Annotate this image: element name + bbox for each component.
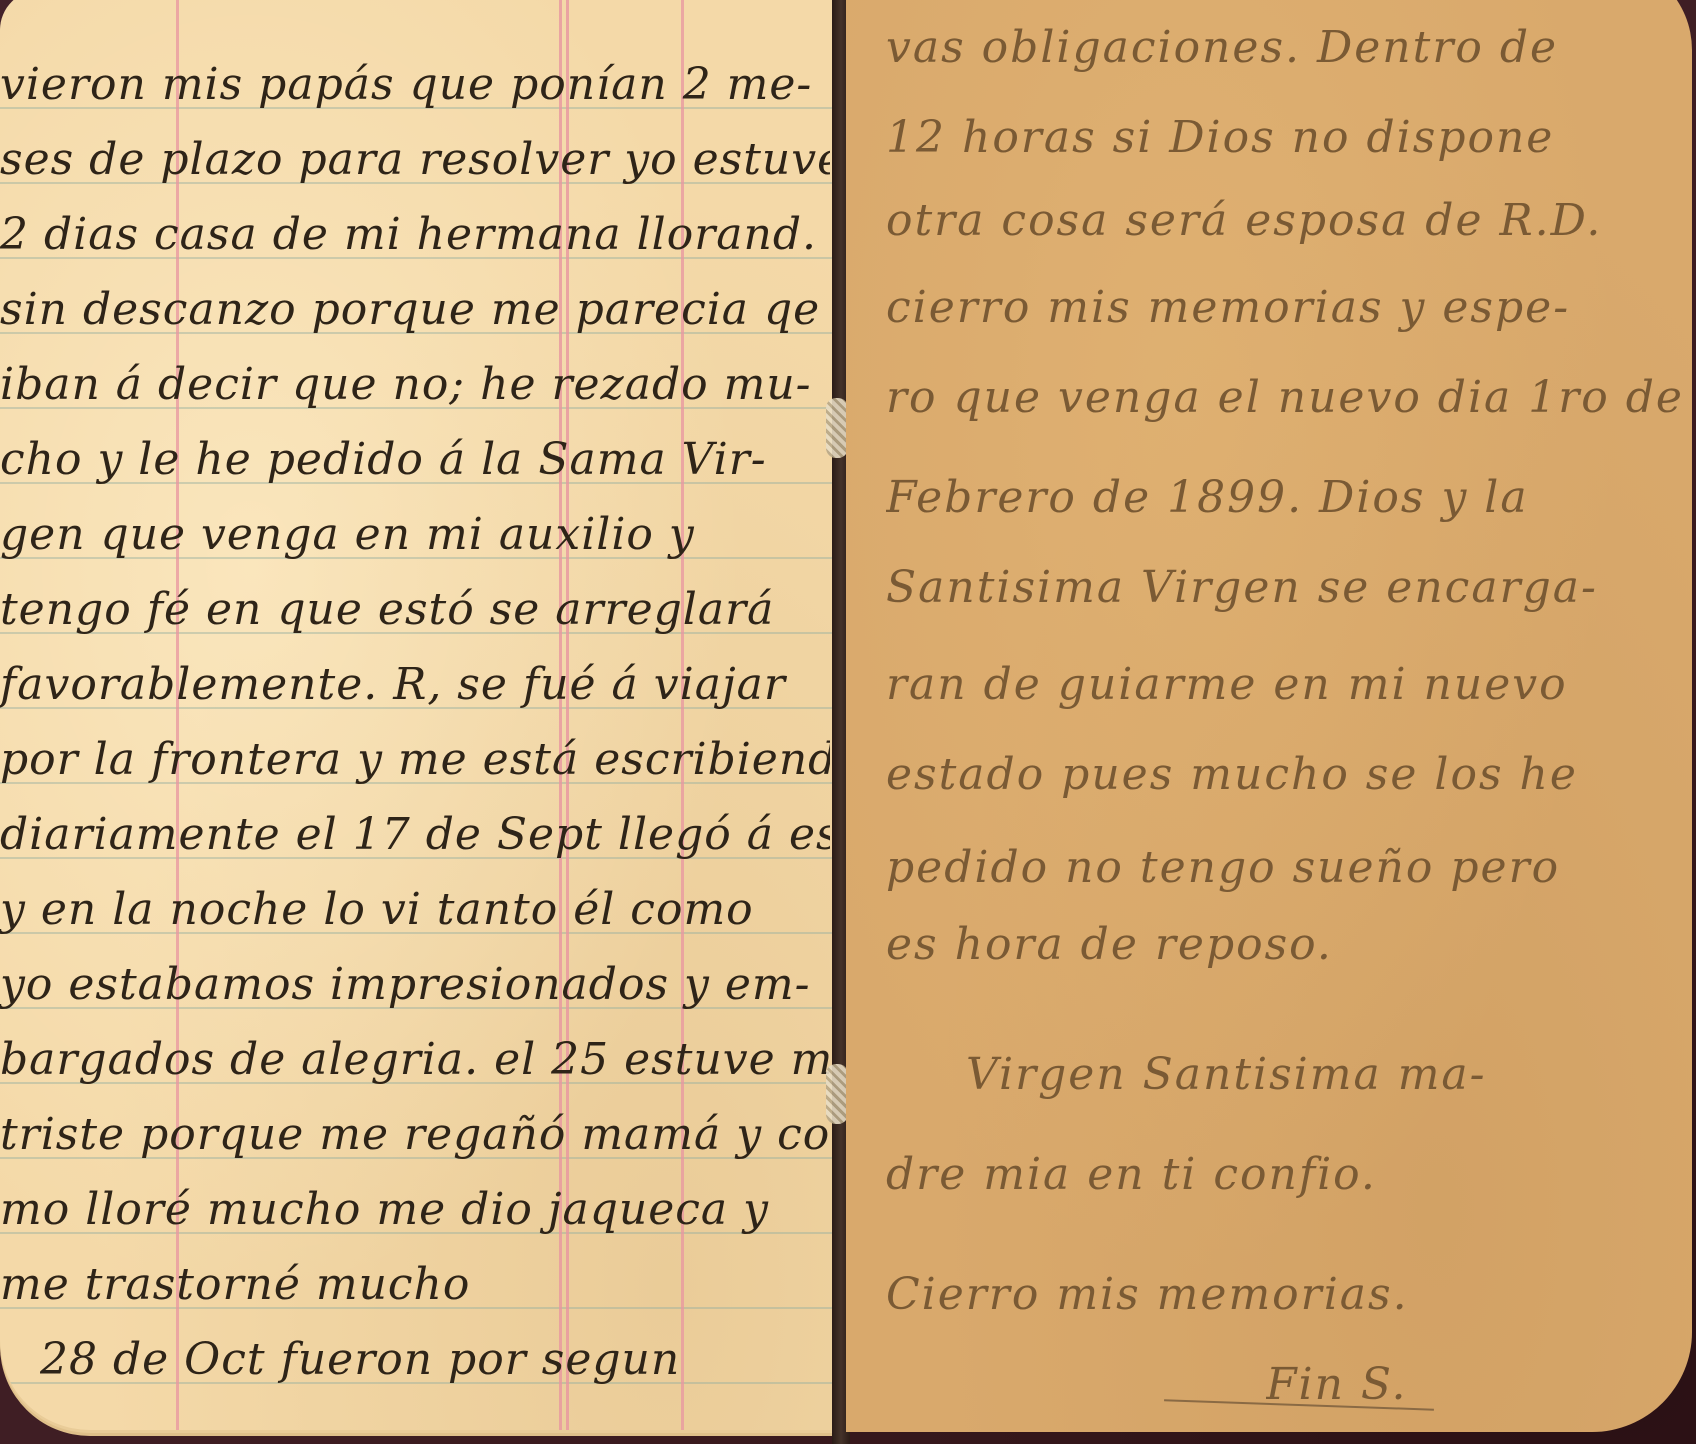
handwritten-line: 2 dias casa de mi hermana llorand. xyxy=(0,210,830,260)
handwritten-line: favorablemente. R, se fué á viajar xyxy=(0,660,830,710)
handwritten-line: Febrero de 1899. Dios y la xyxy=(886,473,1686,523)
handwritten-line: bargados de alegria. el 25 estuve muy xyxy=(0,1035,830,1085)
handwritten-line: gen que venga en mi auxilio y xyxy=(0,510,830,560)
handwritten-line: vas obligaciones. Dentro de xyxy=(886,23,1686,73)
handwritten-line: mo lloré mucho me dio jaqueca y xyxy=(0,1185,830,1235)
handwritten-line: otra cosa será esposa de R.D. xyxy=(886,196,1686,246)
handwritten-line: ses de plazo para resolver yo estuve xyxy=(0,135,830,185)
binding-thread xyxy=(826,398,848,458)
handwritten-line: por la frontera y me está escribiendo xyxy=(0,735,830,785)
handwritten-line: pedido no tengo sueño pero xyxy=(886,843,1686,893)
handwritten-line: me trastorné mucho xyxy=(0,1260,830,1310)
handwritten-line: dre mia en ti confio. xyxy=(886,1150,1686,1200)
handwritten-line: tengo fé en que estó se arreglará xyxy=(0,585,830,635)
handwritten-line: Cierro mis memorias. xyxy=(886,1270,1686,1320)
handwritten-line: yo estabamos impresionados y em- xyxy=(0,960,830,1010)
handwritten-line: Virgen Santisima ma- xyxy=(966,1050,1692,1100)
handwritten-line: ran de guiarme en mi nuevo xyxy=(886,660,1686,710)
handwritten-line: 12 horas si Dios no dispone xyxy=(886,113,1686,163)
handwritten-line: cierro mis memorias y espe- xyxy=(886,283,1686,333)
handwritten-line: vieron mis papás que ponían 2 me- xyxy=(0,60,830,110)
handwritten-line: es hora de reposo. xyxy=(886,920,1686,970)
handwritten-line: sin descanzo porque me parecia qe xyxy=(0,285,830,335)
handwritten-line: iban á decir que no; he rezado mu- xyxy=(0,360,830,410)
handwritten-line: Santisima Virgen se encarga- xyxy=(886,563,1686,613)
right-page: vas obligaciones. Dentro de 12 horas si … xyxy=(846,0,1692,1432)
handwritten-line: diariamente el 17 de Sept llegó á está xyxy=(0,810,830,860)
handwritten-line: ro que venga el nuevo dia 1ro de xyxy=(886,373,1686,423)
signature: Fin S. xyxy=(1266,1360,1692,1410)
handwritten-line: 28 de Oct fueron por segun xyxy=(40,1335,834,1385)
left-page: vieron mis papás que ponían 2 me- ses de… xyxy=(0,0,834,1430)
handwritten-line: triste porque me regañó mamá y co- xyxy=(0,1110,830,1160)
handwritten-line: cho y le he pedido á la Sama Vir- xyxy=(0,435,830,485)
handwritten-line: estado pues mucho se los he xyxy=(886,750,1686,800)
binding-thread xyxy=(826,1064,848,1124)
handwritten-line: y en la noche lo vi tanto él como xyxy=(0,885,830,935)
